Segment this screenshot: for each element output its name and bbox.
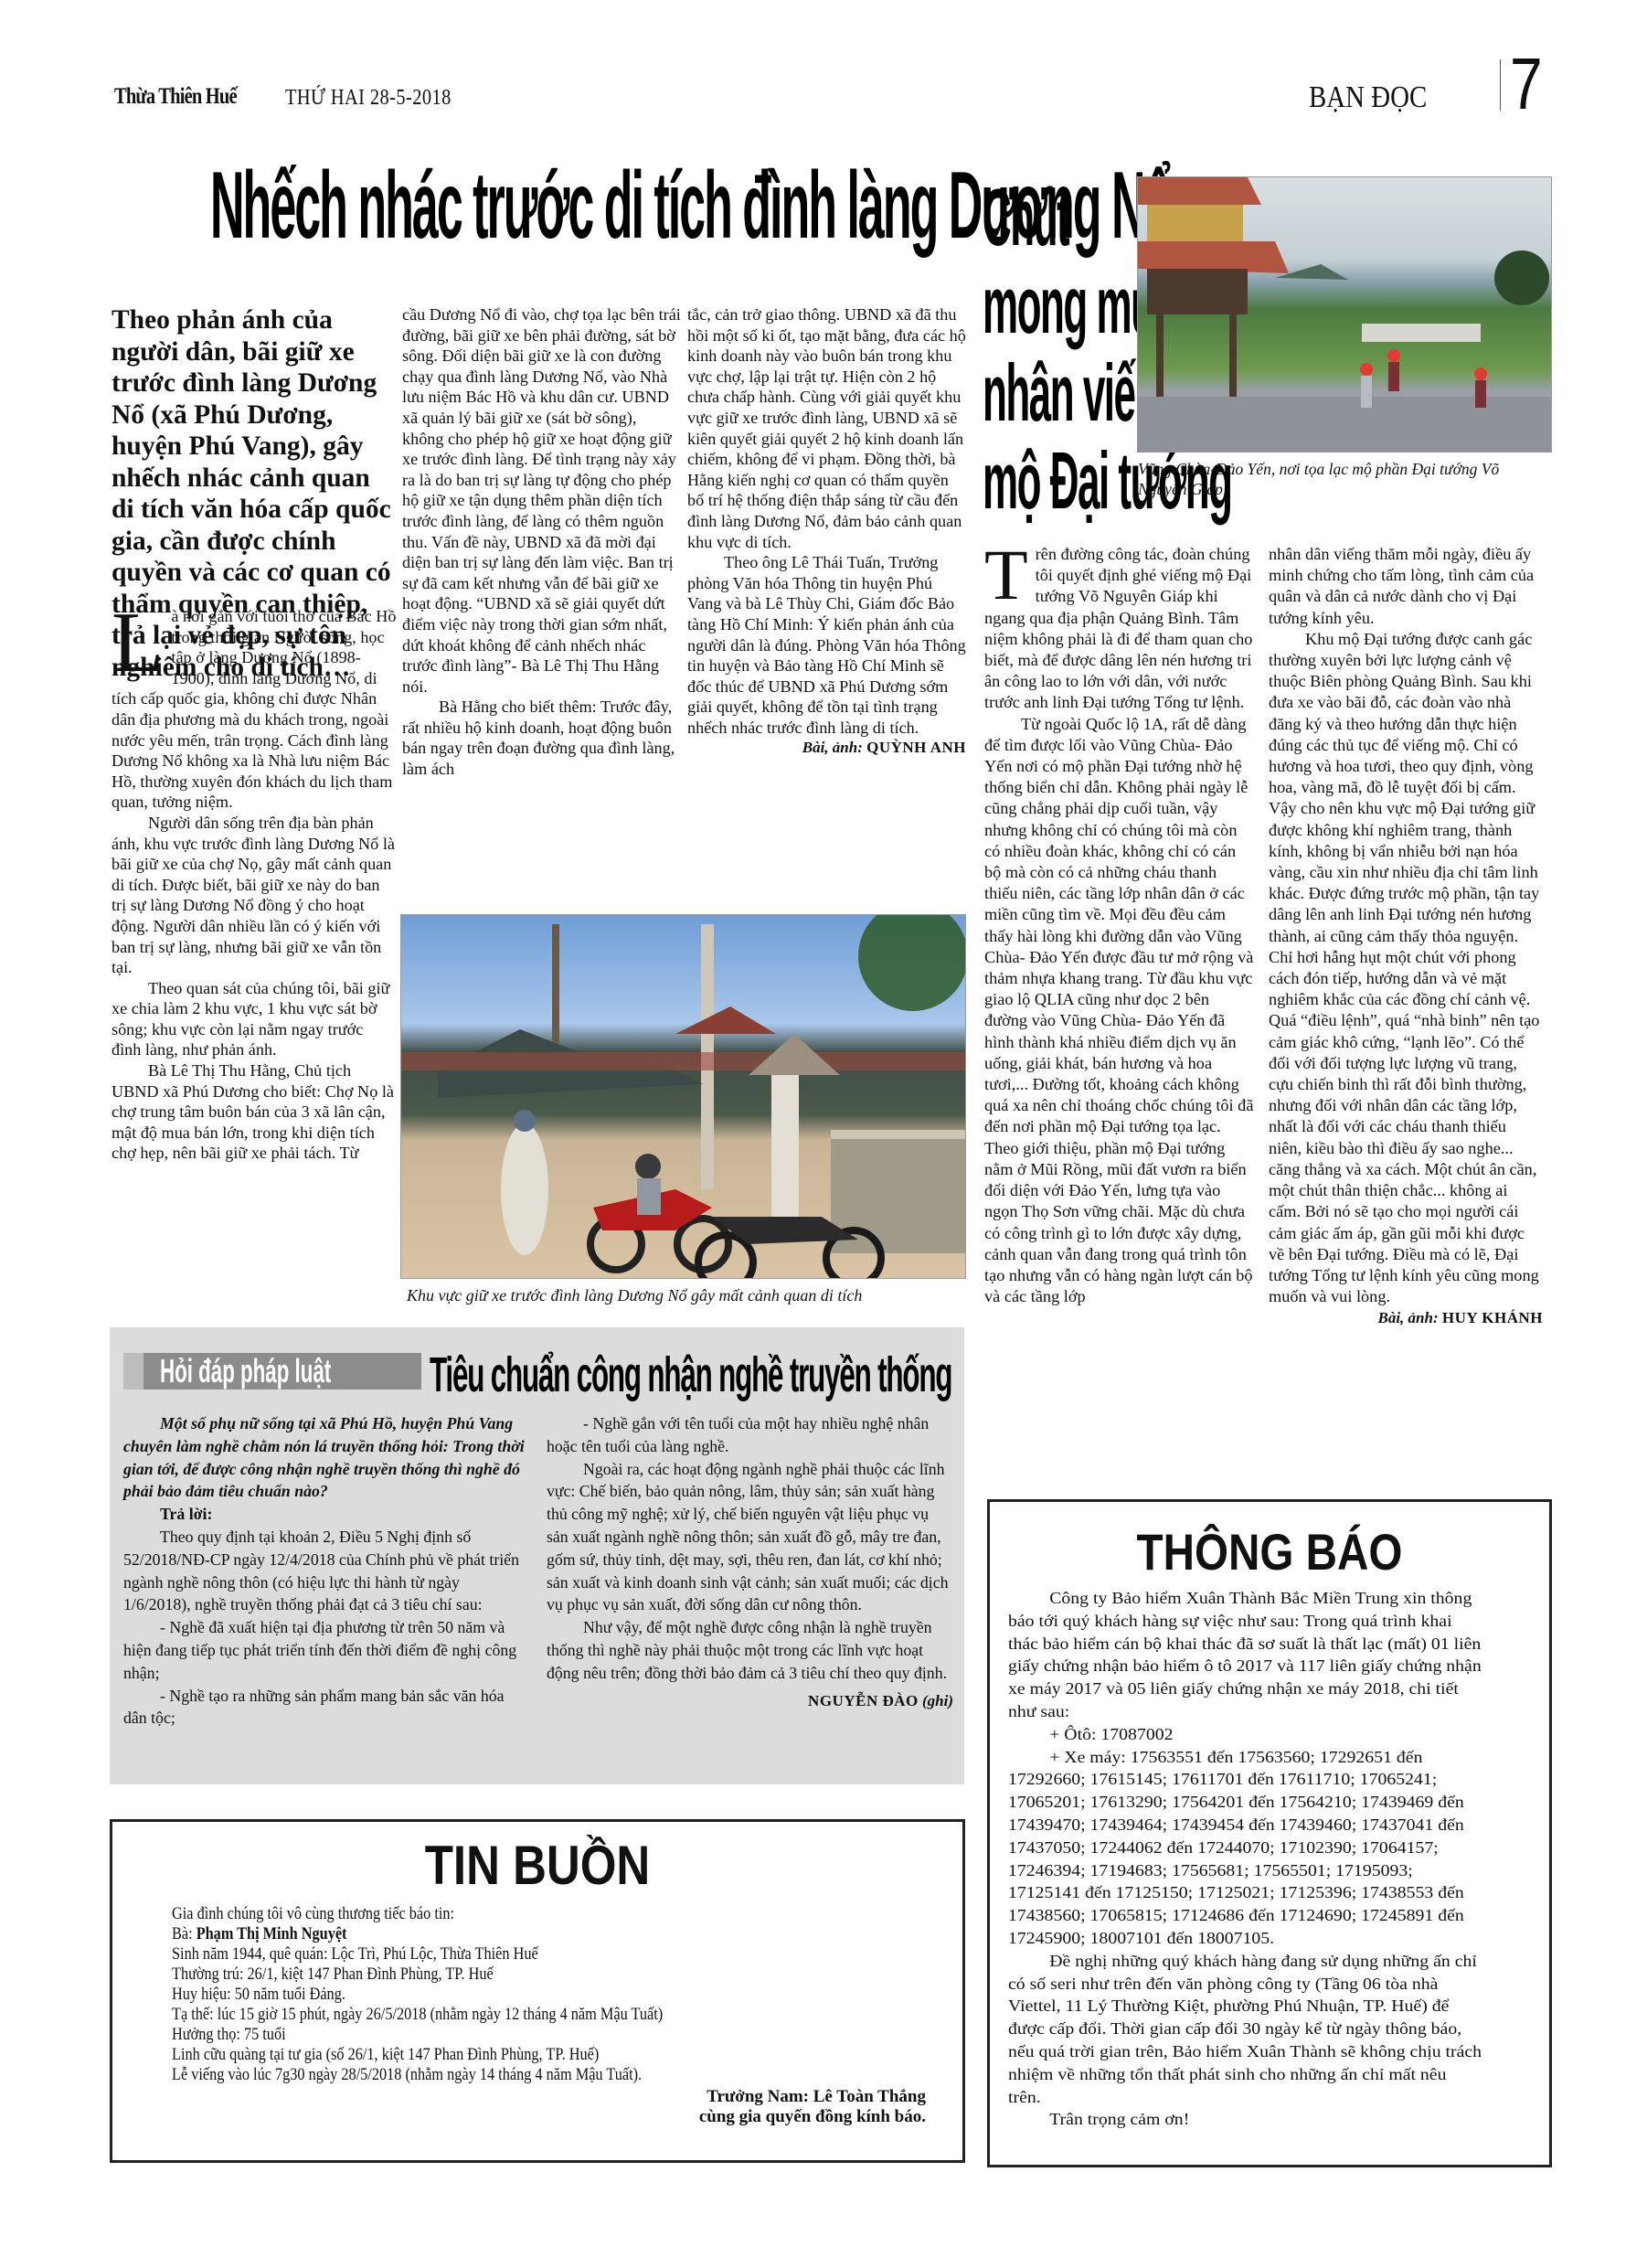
main-paragraph: Theo ông Lê Thái Tuấn, Trưởng phòng Văn …	[687, 552, 966, 738]
main-column-2: cầu Dương Nổ đi vào, chợ tọa lạc bên trá…	[402, 304, 681, 780]
main-column-1: Là nơi gắn với tuổi thơ của Bác Hồ trong…	[112, 606, 397, 1164]
parking-scene-illustration	[401, 915, 965, 1278]
obituary-line: Lễ viếng vào lúc 7g30 ngày 28/5/2018 (nh…	[172, 2065, 847, 2085]
qa-tag-accent	[123, 1353, 143, 1390]
main-paragraph: Theo quan sát của chúng tôi, bãi giữ xe …	[112, 978, 397, 1060]
side-byline: Bài, ảnh: HUY KHÁNH	[1269, 1307, 1543, 1328]
obituary-title: TIN BUỒN	[176, 1838, 899, 1893]
main-paragraph: cầu Dương Nổ đi vào, chợ tọa lạc bên trá…	[402, 304, 681, 697]
qa-answer-paragraph: - Nghề tạo ra những sản phẩm mang bản sắ…	[123, 1685, 526, 1730]
qa-headline: Tiêu chuẩn công nhận nghề truyền thống	[430, 1349, 951, 1400]
qa-answer-paragraph: - Nghề gắn với tên tuổi của một hay nhiề…	[547, 1412, 953, 1458]
notice-body: Công ty Bảo hiểm Xuân Thành Bắc Miền Tru…	[1008, 1587, 1483, 2131]
notice-car-serial: + Ôtô: 17087002	[1008, 1723, 1483, 1746]
side-column-2: nhân dân viếng thăm mỗi ngày, điều ấy mi…	[1269, 544, 1543, 1329]
obituary-intro: Gia đình chúng tôi vô cùng thương tiếc b…	[172, 1904, 847, 1924]
obituary-body: Gia đình chúng tôi vô cùng thương tiếc b…	[172, 1904, 940, 2085]
notice-closing: Trân trọng cảm ơn!	[1008, 2108, 1483, 2131]
qa-column-2: - Nghề gắn với tên tuổi của một hay nhiề…	[547, 1412, 953, 1712]
obituary-box: TIN BUỒN Gia đình chúng tôi vô cùng thươ…	[110, 1819, 965, 2163]
memorial-photo	[1137, 176, 1552, 453]
notice-intro: Công ty Bảo hiểm Xuân Thành Bắc Miền Tru…	[1008, 1587, 1483, 1723]
issue-date: THỨ HAI 28-5-2018	[285, 86, 452, 111]
qa-answer-paragraph: - Nghề đã xuất hiện tại địa phương từ tr…	[123, 1616, 526, 1684]
side-dropcap: T	[984, 548, 1036, 602]
main-byline: Bài, ảnh: QUỲNH ANH	[687, 738, 966, 759]
qa-column-1: Một số phụ nữ sống tại xã Phú Hồ, huyện …	[123, 1412, 526, 1730]
deceased-name: Phạm Thị Minh Nguyệt	[197, 1925, 347, 1943]
main-column-3: tắc, cản trở giao thông. UBND xã đã thu …	[687, 304, 966, 759]
obituary-line: Sinh năm 1944, quê quán: Lộc Trì, Phú Lộ…	[172, 1944, 847, 1965]
obituary-line: Linh cữu quàng tại tư gia (số 26/1, kiệt…	[172, 2045, 847, 2065]
obituary-signature: Trưởng Nam: Lê Toàn Thắng cùng gia quyến…	[699, 2087, 926, 2127]
notice-moto-serials: + Xe máy: 17563551 đến 17563560; 1729265…	[1008, 1746, 1483, 1950]
obituary-line: Huy hiệu: 50 năm tuổi Đảng.	[172, 1985, 847, 2005]
page-number: 7	[1510, 48, 1543, 121]
obituary-name-line: Bà: Phạm Thị Minh Nguyệt	[172, 1924, 847, 1944]
main-paragraph: Bà Hằng cho biết thêm: Trước đây, rất nh…	[402, 697, 681, 779]
qa-section-label: Hỏi đáp pháp luật	[160, 1353, 331, 1390]
notice-box: THÔNG BÁO Công ty Bảo hiểm Xuân Thành Bắ…	[987, 1499, 1552, 2167]
qa-answer-paragraph: Như vậy, để một nghề được công nhận là n…	[547, 1616, 953, 1684]
side-paragraph: Từ ngoài Quốc lộ 1A, rất dễ dàng để tìm …	[984, 714, 1254, 1308]
main-dropcap: L	[112, 610, 171, 676]
obituary-line: Tạ thế: lúc 15 giờ 15 phút, ngày 26/5/20…	[172, 2005, 847, 2025]
side-paragraph: Khu mộ Đại tướng được canh gác thường xu…	[1269, 629, 1543, 1308]
side-column-1: Trên đường công tác, đoàn chúng tôi quyế…	[984, 544, 1254, 1307]
side-paragraph: nhân dân viếng thăm mỗi ngày, điều ấy mi…	[1269, 544, 1543, 629]
qa-byline: NGUYỄN ĐÀO (ghi)	[547, 1690, 953, 1713]
section-name: BẠN ĐỌC	[1309, 80, 1427, 115]
memorial-scene-illustration	[1138, 177, 1551, 452]
notice-title: THÔNG BÁO	[1032, 1525, 1507, 1580]
notice-request: Đề nghị những quý khách hàng đang sử dụn…	[1008, 1950, 1483, 2109]
qa-answer-paragraph: Ngoài ra, các hoạt động ngành nghề phải …	[547, 1458, 953, 1617]
obituary-line: Hưởng thọ: 75 tuổi	[172, 2025, 847, 2045]
main-paragraph: tắc, cản trở giao thông. UBND xã đã thu …	[687, 304, 966, 552]
qa-question: Một số phụ nữ sống tại xã Phú Hồ, huyện …	[123, 1412, 526, 1503]
masthead-divider	[1500, 59, 1501, 111]
parking-lot-photo	[400, 914, 966, 1279]
qa-answer-paragraph: Theo quy định tại khoản 2, Điều 5 Nghị đ…	[123, 1526, 526, 1616]
main-photo-caption: Khu vực giữ xe trước đình làng Dương Nổ …	[407, 1285, 964, 1305]
obituary-line: Thường trú: 26/1, kiệt 147 Phan Đình Phù…	[172, 1965, 847, 1985]
side-photo-caption: Vũng Chùa-Đảo Yến, nơi tọa lạc mộ phần Đ…	[1138, 459, 1549, 499]
newspaper-name: Thừa Thiên Huế	[114, 84, 237, 110]
qa-answer-label: Trả lời:	[123, 1503, 526, 1526]
main-paragraph: Người dân sống trên địa bàn phản ánh, kh…	[112, 813, 397, 978]
main-paragraph: Bà Lê Thị Thu Hằng, Chủ tịch UBND xã Phú…	[112, 1060, 397, 1164]
